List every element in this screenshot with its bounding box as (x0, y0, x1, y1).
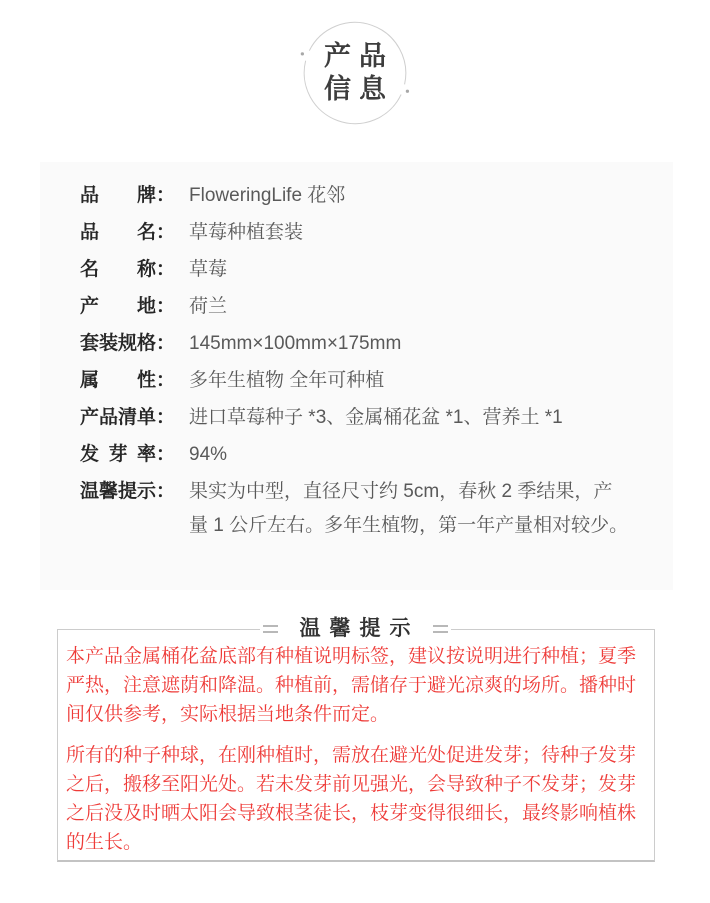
spec-row-contents: 产品清单： 进口草莓种子 *3、金属桶花盆 *1、营养土 *1 (80, 401, 631, 435)
product-info-page: 产品 信息 品牌： FloweringLife 花邻 品名： 草莓种植套装 名称… (0, 0, 710, 903)
spec-label: 品名 (80, 216, 156, 250)
badge-title-line2: 信息 (316, 76, 394, 103)
tips-heading-title: 温馨提示 (291, 615, 420, 643)
spec-row-name: 名称： 草莓 (80, 253, 631, 287)
spec-label: 产品清单 (80, 401, 156, 435)
spec-row-germination-rate: 发芽率： 94% (80, 438, 631, 472)
spec-colon: ： (156, 438, 175, 472)
double-dash-icon (263, 625, 278, 633)
spec-value: FloweringLife 花邻 (189, 179, 631, 213)
spec-colon: ： (156, 401, 175, 435)
badge-title: 产品 信息 (298, 16, 412, 130)
warm-tips-paragraph-1: 本产品金属桶花盆底部有种植说明标签，建议按说明进行种植；夏季严热，注意遮荫和降温… (66, 642, 646, 729)
spec-colon: ： (156, 179, 175, 213)
badge-title-line1: 产品 (316, 43, 394, 70)
spec-value: 草莓 (189, 253, 631, 287)
spec-colon: ： (156, 253, 175, 287)
spec-value: 进口草莓种子 *3、金属桶花盆 *1、营养土 *1 (189, 401, 631, 435)
tips-heading-inner: 温馨提示 (260, 615, 451, 643)
spec-label: 属性 (80, 364, 156, 398)
spec-colon: ： (156, 475, 175, 509)
spec-row-warm-tip: 温馨提示： 果实为中型，直径尺寸约 5cm，春秋 2 季结果，产量 1 公斤左右… (80, 475, 631, 543)
spec-label: 名称 (80, 253, 156, 287)
spec-row-origin: 产地： 荷兰 (80, 290, 631, 324)
spec-label: 品牌 (80, 179, 156, 213)
spec-value: 果实为中型，直径尺寸约 5cm，春秋 2 季结果，产量 1 公斤左右。多年生植物… (189, 475, 631, 543)
spec-row-product-name: 品名： 草莓种植套装 (80, 216, 631, 250)
spec-colon: ： (156, 327, 175, 361)
spec-colon: ： (156, 216, 175, 250)
warm-tips-box: 本产品金属桶花盆底部有种植说明标签，建议按说明进行种植；夏季严热，注意遮荫和降温… (57, 629, 655, 862)
spec-label: 温馨提示 (80, 475, 156, 509)
product-info-badge: 产品 信息 (298, 16, 412, 130)
spec-value: 145mm×100mm×175mm (189, 327, 631, 361)
spec-label: 套装规格 (80, 327, 156, 361)
tips-heading: 温馨提示 (0, 615, 710, 643)
spec-colon: ： (156, 364, 175, 398)
spec-value: 荷兰 (189, 290, 631, 324)
double-dash-icon (433, 625, 448, 633)
spec-label: 产地 (80, 290, 156, 324)
spec-row-set-size: 套装规格： 145mm×100mm×175mm (80, 327, 631, 361)
spec-colon: ： (156, 290, 175, 324)
spec-label: 发芽率 (80, 438, 156, 472)
product-spec-box: 品牌： FloweringLife 花邻 品名： 草莓种植套装 名称： 草莓 产… (40, 162, 673, 590)
warm-tips-paragraph-2: 所有的种子种球，在刚种植时，需放在避光处促进发芽；待种子发芽之后，搬移至阳光处。… (66, 741, 646, 857)
spec-value: 多年生植物 全年可种植 (189, 364, 631, 398)
spec-value: 草莓种植套装 (189, 216, 631, 250)
spec-row-attribute: 属性： 多年生植物 全年可种植 (80, 364, 631, 398)
spec-value: 94% (189, 438, 631, 472)
spec-row-brand: 品牌： FloweringLife 花邻 (80, 179, 631, 213)
